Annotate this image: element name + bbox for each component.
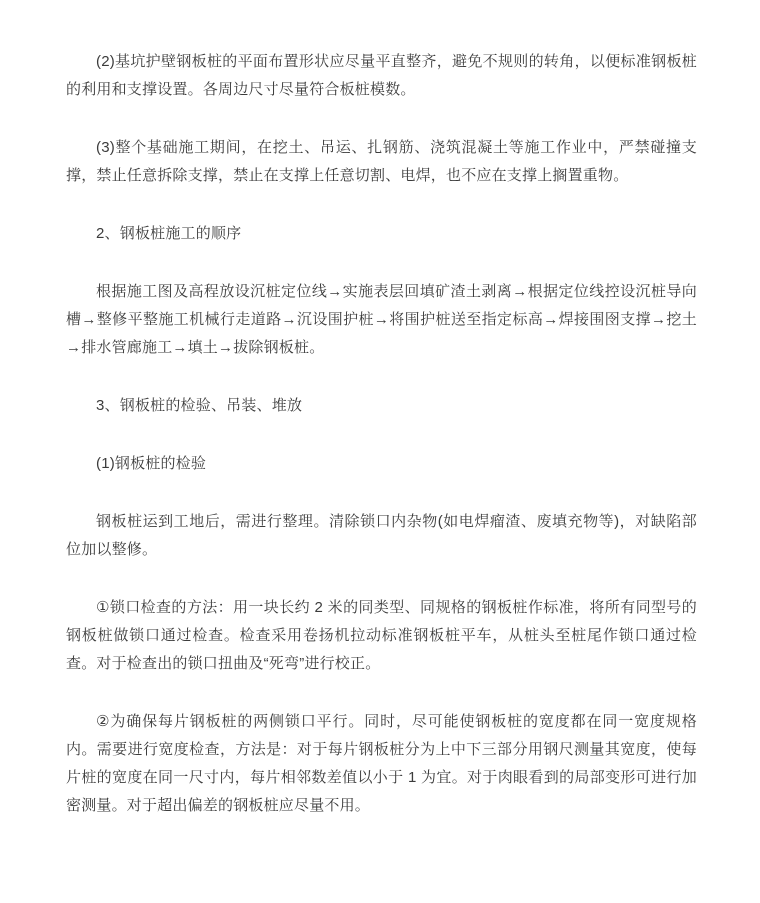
section-heading-inspection-hoisting-stacking: 3、钢板桩的检验、吊装、堆放 xyxy=(66,392,697,420)
paragraph-2-layout-requirements: (2)基坑护壁钢板桩的平面布置形状应尽量平直整齐，避免不规则的转角，以便标准钢板… xyxy=(66,48,697,104)
paragraph-arrival-sorting: 钢板桩运到工地后，需进行整理。清除锁口内杂物(如电焊瘤渣、废填充物等)，对缺陷部… xyxy=(66,508,697,564)
paragraph-3-support-protection: (3)整个基础施工期间，在挖土、吊运、扎钢筋、浇筑混凝土等施工作业中，严禁碰撞支… xyxy=(66,134,697,190)
paragraph-interlock-check-method: ①锁口检查的方法：用一块长约 2 米的同类型、同规格的钢板桩作标准，将所有同型号… xyxy=(66,594,697,678)
section-heading-construction-sequence: 2、钢板桩施工的顺序 xyxy=(66,220,697,248)
document-body: (2)基坑护壁钢板桩的平面布置形状应尽量平直整齐，避免不规则的转角，以便标准钢板… xyxy=(66,48,697,820)
subsection-heading-pile-inspection: (1)钢板桩的检验 xyxy=(66,450,697,478)
paragraph-construction-sequence-flow: 根据施工图及高程放设沉桩定位线→实施表层回填矿渣土剥离→根据定位线控设沉桩导向槽… xyxy=(66,278,697,362)
paragraph-width-check-method: ②为确保每片钢板桩的两侧锁口平行。同时，尽可能使钢板桩的宽度都在同一宽度规格内。… xyxy=(66,708,697,820)
document-page: (2)基坑护壁钢板桩的平面布置形状应尽量平直整齐，避免不规则的转角，以便标准钢板… xyxy=(0,0,760,903)
